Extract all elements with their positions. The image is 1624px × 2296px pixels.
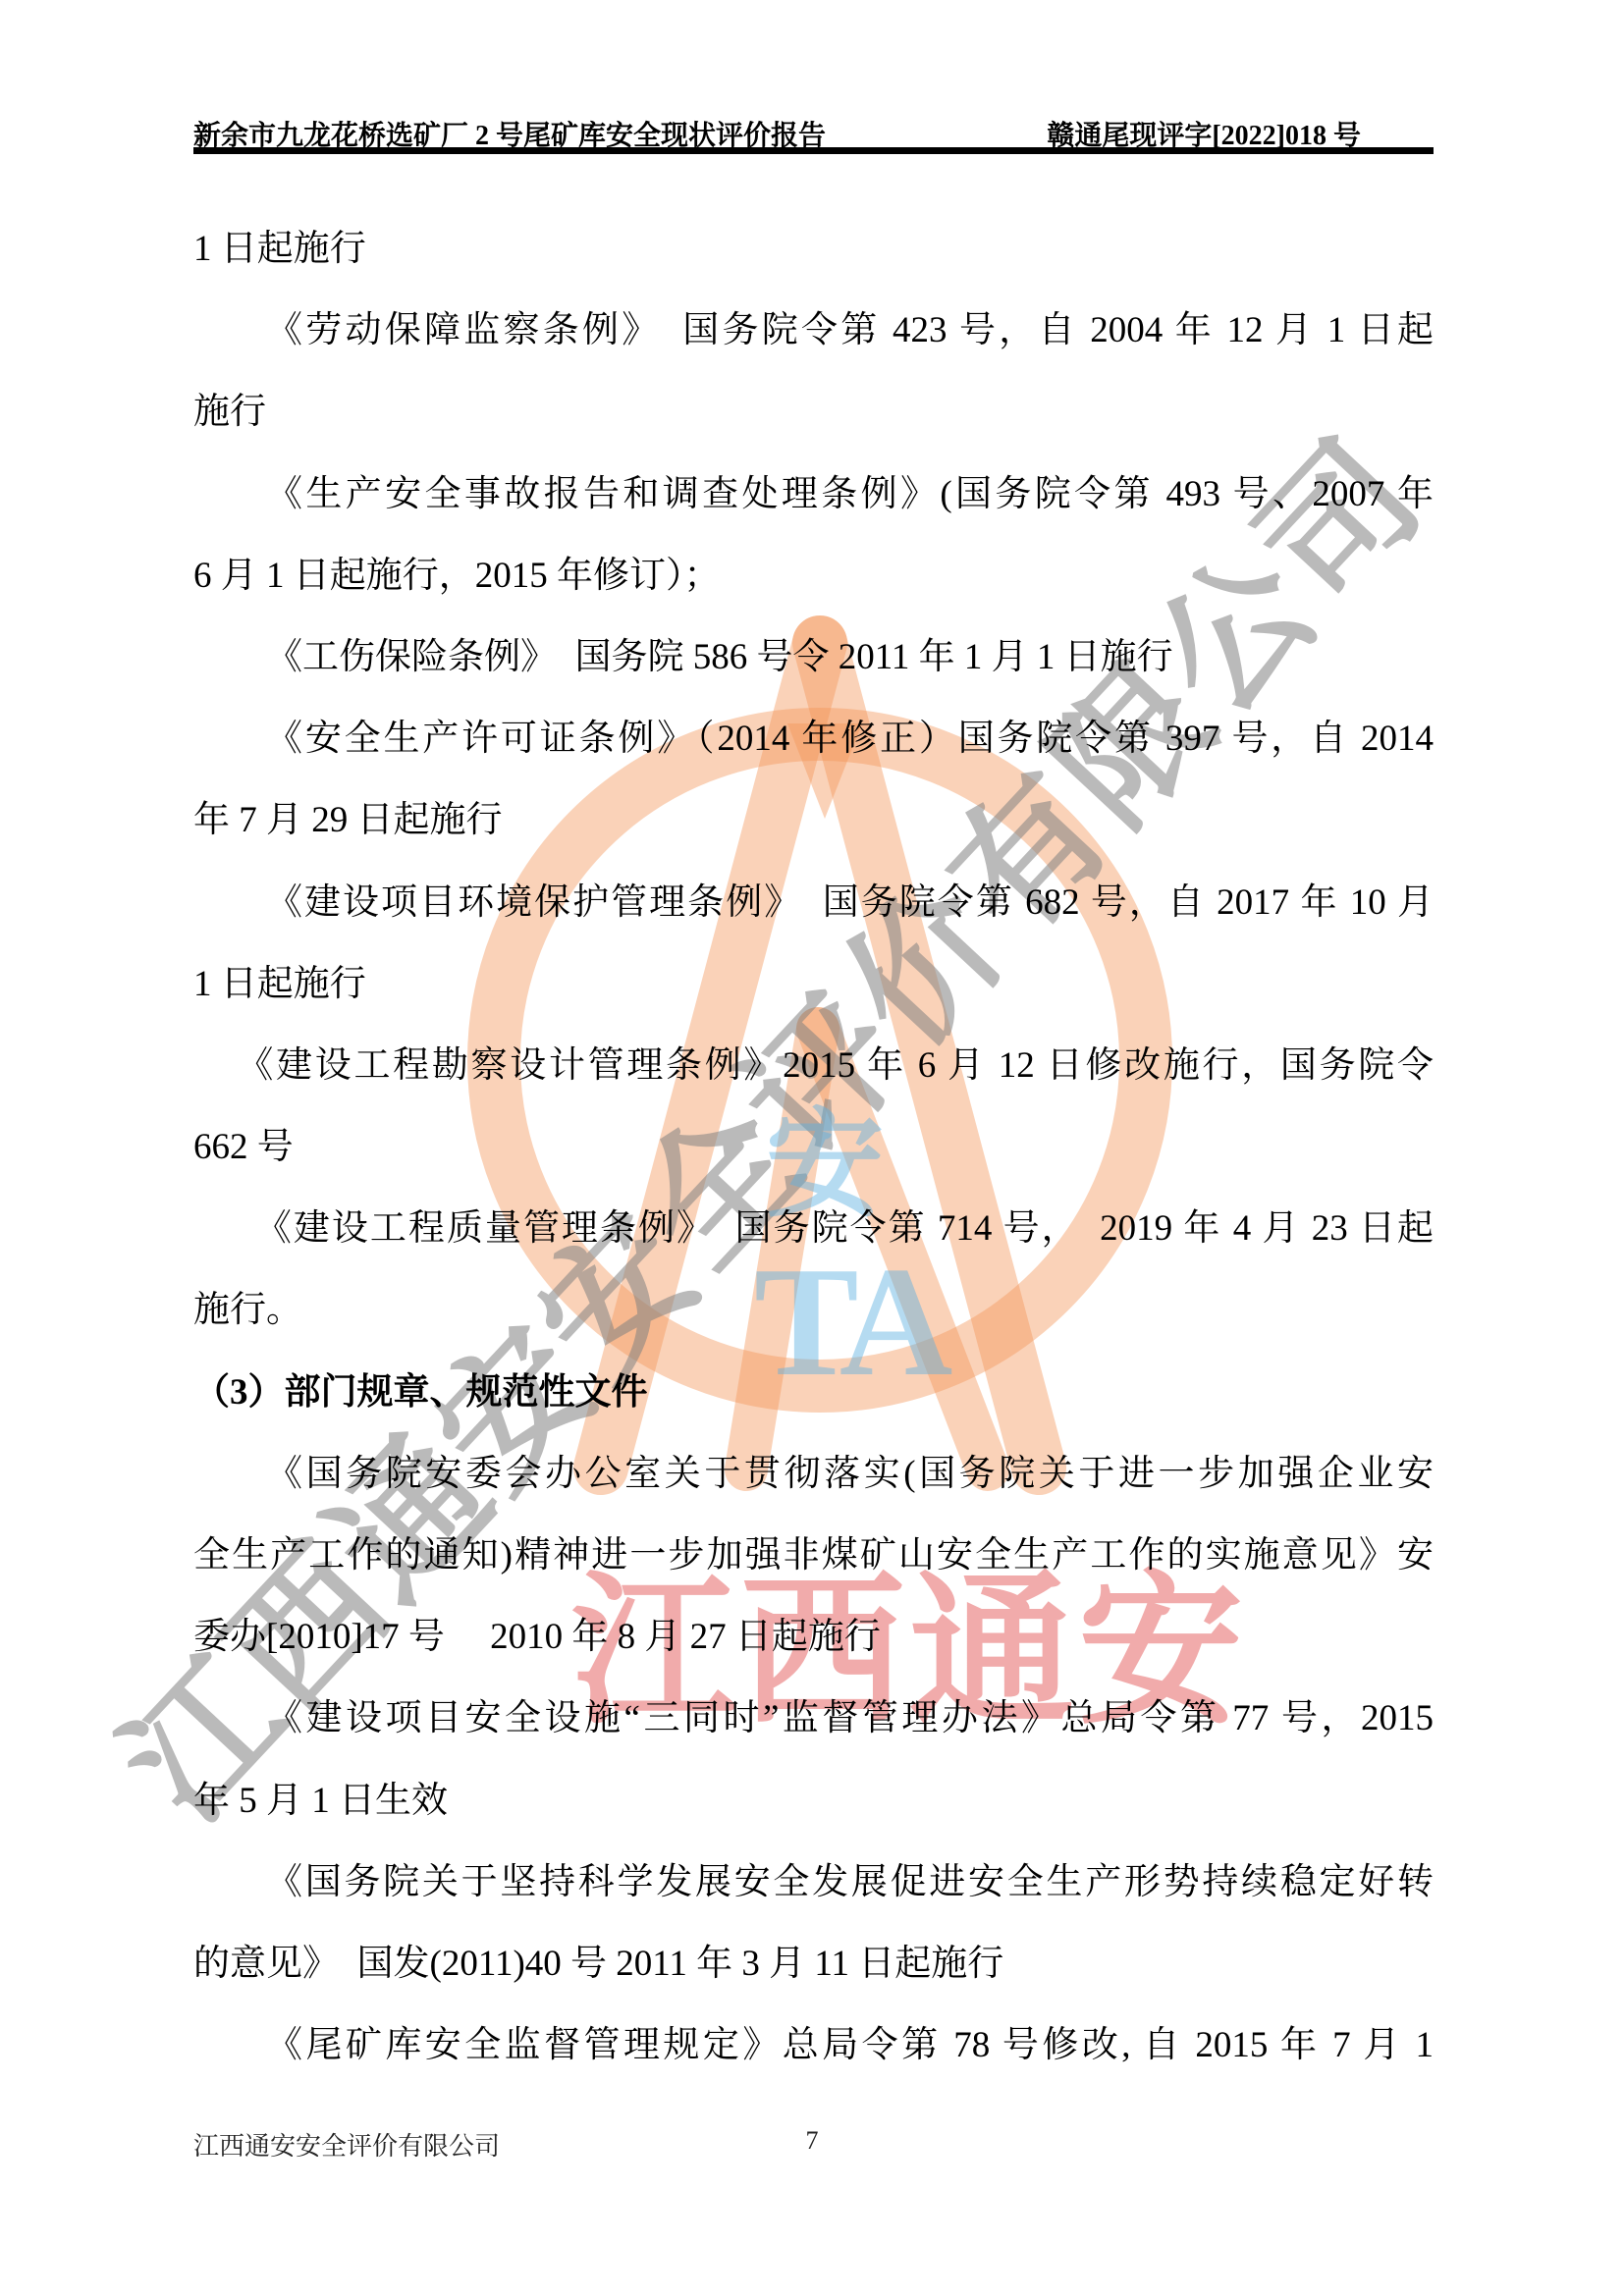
text-line-6: 《工伤保险条例》 国务院 586 号令 2011 年 1 月 1 日施行 — [193, 616, 1434, 698]
text-line-9: 《建设项目环境保护管理条例》 国务院令第 682 号，自 2017 年 10 月 — [193, 862, 1434, 943]
header-rule — [193, 147, 1434, 154]
footer-page-number: 7 — [0, 2126, 1624, 2156]
text-line-19: 《建设项目安全设施“三同时”监督管理办法》总局令第 77 号，2015 — [193, 1678, 1434, 1759]
text-line-1: 1 日起施行 — [193, 208, 1434, 290]
text-line-16: 《国务院安委会办公室关于贯彻落实(国务院关于进一步加强企业安 — [193, 1433, 1434, 1515]
text-line-14: 施行。 — [193, 1269, 1434, 1351]
text-line-4: 《生产安全事故报告和调查处理条例》(国务院令第 493 号、2007 年 — [193, 454, 1434, 535]
body-text: 1 日起施行《劳动保障监察条例》 国务院令第 423 号，自 2004 年 12… — [193, 208, 1434, 2086]
text-line-22: 的意见》 国发(2011)40 号 2011 年 3 月 11 日起施行 — [193, 1923, 1434, 2004]
text-line-23: 《尾矿库安全监督管理规定》总局令第 78 号修改, 自 2015 年 7 月 1 — [193, 2004, 1434, 2086]
report-page: 江西通安安全评价有限公司 安 TA 江西通安 新余市九龙花桥选矿厂 2 号尾矿库… — [0, 0, 1624, 2296]
text-line-10: 1 日起施行 — [193, 943, 1434, 1025]
text-line-3: 施行 — [193, 371, 1434, 453]
text-line-17: 全生产工作的通知)精神进一步加强非煤矿山安全生产工作的实施意见》安 — [193, 1515, 1434, 1596]
text-line-11: 《建设工程勘察设计管理条例》2015 年 6 月 12 日修改施行，国务院令 — [193, 1025, 1434, 1106]
text-line-18: 委办[2010]17 号 2010 年 8 月 27 日起施行 — [193, 1596, 1434, 1678]
text-line-15: （3）部门规章、规范性文件 — [193, 1352, 1434, 1433]
text-line-20: 年 5 月 1 日生效 — [193, 1760, 1434, 1842]
text-line-2: 《劳动保障监察条例》 国务院令第 423 号，自 2004 年 12 月 1 日… — [193, 290, 1434, 371]
text-line-13: 《建设工程质量管理条例》 国务院令第 714 号， 2019 年 4 月 23 … — [193, 1188, 1434, 1269]
text-line-5: 6 月 1 日起施行，2015 年修订）； — [193, 535, 1434, 616]
text-line-7: 《安全生产许可证条例》（2014 年修正）国务院令第 397 号，自 2014 — [193, 698, 1434, 779]
text-line-8: 年 7 月 29 日起施行 — [193, 779, 1434, 861]
text-line-21: 《国务院关于坚持科学发展安全发展促进安全生产形势持续稳定好转 — [193, 1842, 1434, 1923]
text-line-12: 662 号 — [193, 1106, 1434, 1188]
